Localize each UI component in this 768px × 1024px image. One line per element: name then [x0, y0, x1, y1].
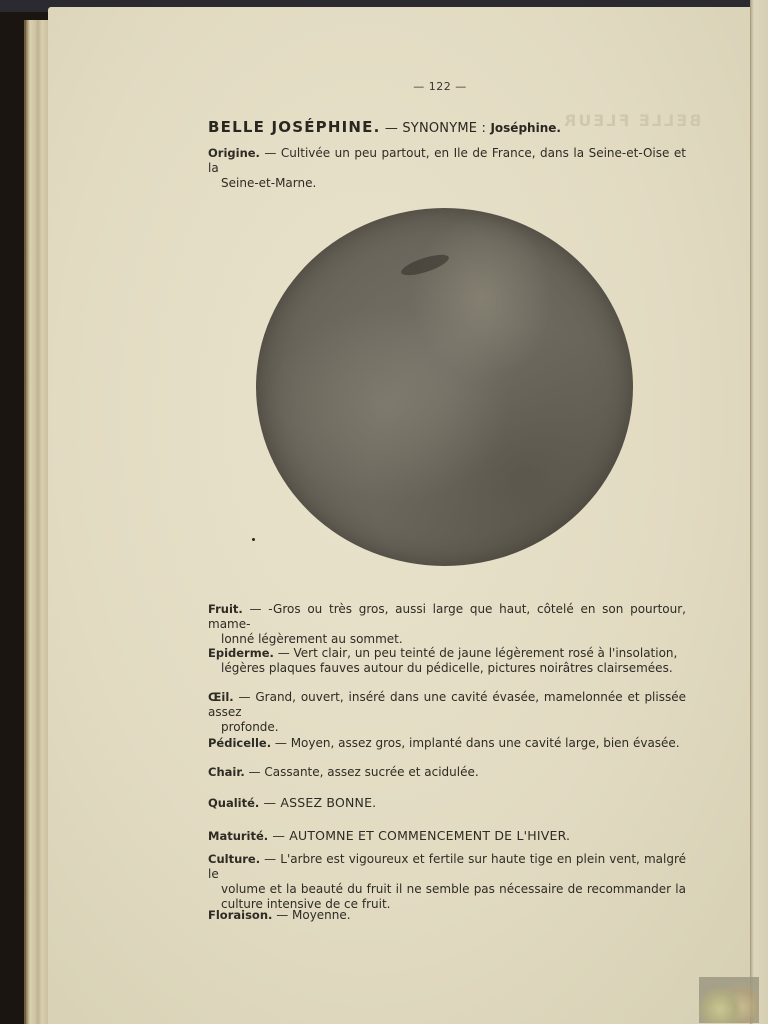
entry-text: — L'arbre est vigoureux et fertile sur h… [208, 852, 686, 881]
entry-text: — Grand, ouvert, inséré dans une cavité … [208, 690, 686, 719]
entry-floraison: Floraison. — Moyenne. [208, 908, 686, 923]
entry-label: Floraison. [208, 908, 272, 922]
entry-origine: Origine. — Cultivée un peu partout, en I… [208, 146, 686, 191]
entry-label: Œil. [208, 690, 234, 704]
entry-label: Culture. [208, 852, 260, 866]
entry-text: — AUTOMNE ET COMMENCEMENT DE L'HIVER. [268, 828, 570, 843]
entry-label: Fruit. [208, 602, 243, 616]
entry-label: Origine. [208, 146, 260, 160]
synonym-value: Joséphine. [490, 121, 560, 135]
page-heading: BELLE JOSÉPHINE. — SYNONYME : Joséphine. [208, 118, 561, 136]
corner-thumbnail [699, 977, 759, 1023]
variety-title: BELLE JOSÉPHINE. [208, 118, 380, 136]
entry-chair: Chair. — Cassante, assez sucrée et acidu… [208, 765, 686, 780]
entry-text: — ASSEZ BONNE. [259, 795, 376, 810]
synonym-label: — SYNONYME : [380, 121, 490, 136]
entry-label: Chair. [208, 765, 245, 779]
page-number: — 122 — [400, 80, 480, 93]
entry-epiderme: Epiderme. — Vert clair, un peu teinté de… [208, 646, 686, 676]
entry-oeil: Œil. — Grand, ouvert, inséré dans une ca… [208, 690, 686, 735]
entry-text: — Moyen, assez gros, implanté dans une c… [271, 736, 680, 750]
entry-culture: Culture. — L'arbre est vigoureux et fert… [208, 852, 686, 912]
facing-page-edge [750, 0, 768, 1024]
entry-label: Epiderme. [208, 646, 274, 660]
entry-continuation: légères plaques fauves autour du pédicel… [208, 661, 686, 676]
entry-label: Pédicelle. [208, 736, 271, 750]
entry-text: — -Gros ou très gros, aussi large que ha… [208, 602, 686, 631]
entry-text: — Cultivée un peu partout, en Ile de Fra… [208, 146, 686, 175]
entry-continuation: Seine-et-Marne. [208, 176, 686, 191]
entry-pedicelle: Pédicelle. — Moyen, assez gros, implanté… [208, 736, 686, 751]
entry-text: — Vert clair, un peu teinté de jaune lég… [274, 646, 677, 660]
entry-continuation: profonde. [208, 720, 686, 735]
entry-label: Qualité. [208, 796, 259, 810]
entry-label: Maturité. [208, 829, 268, 843]
entry-qualite: Qualité. — ASSEZ BONNE. [208, 795, 686, 811]
entry-text: — Moyenne. [272, 908, 350, 922]
entry-text: — Cassante, assez sucrée et acidulée. [245, 765, 479, 779]
entry-fruit: Fruit. — -Gros ou très gros, aussi large… [208, 602, 686, 647]
bleed-through-text: BELLE FLEUR [562, 111, 701, 130]
entry-maturite: Maturité. — AUTOMNE ET COMMENCEMENT DE L… [208, 828, 686, 844]
entry-continuation: lonné légèrement au sommet. [208, 632, 686, 647]
paper-speck [252, 538, 255, 541]
